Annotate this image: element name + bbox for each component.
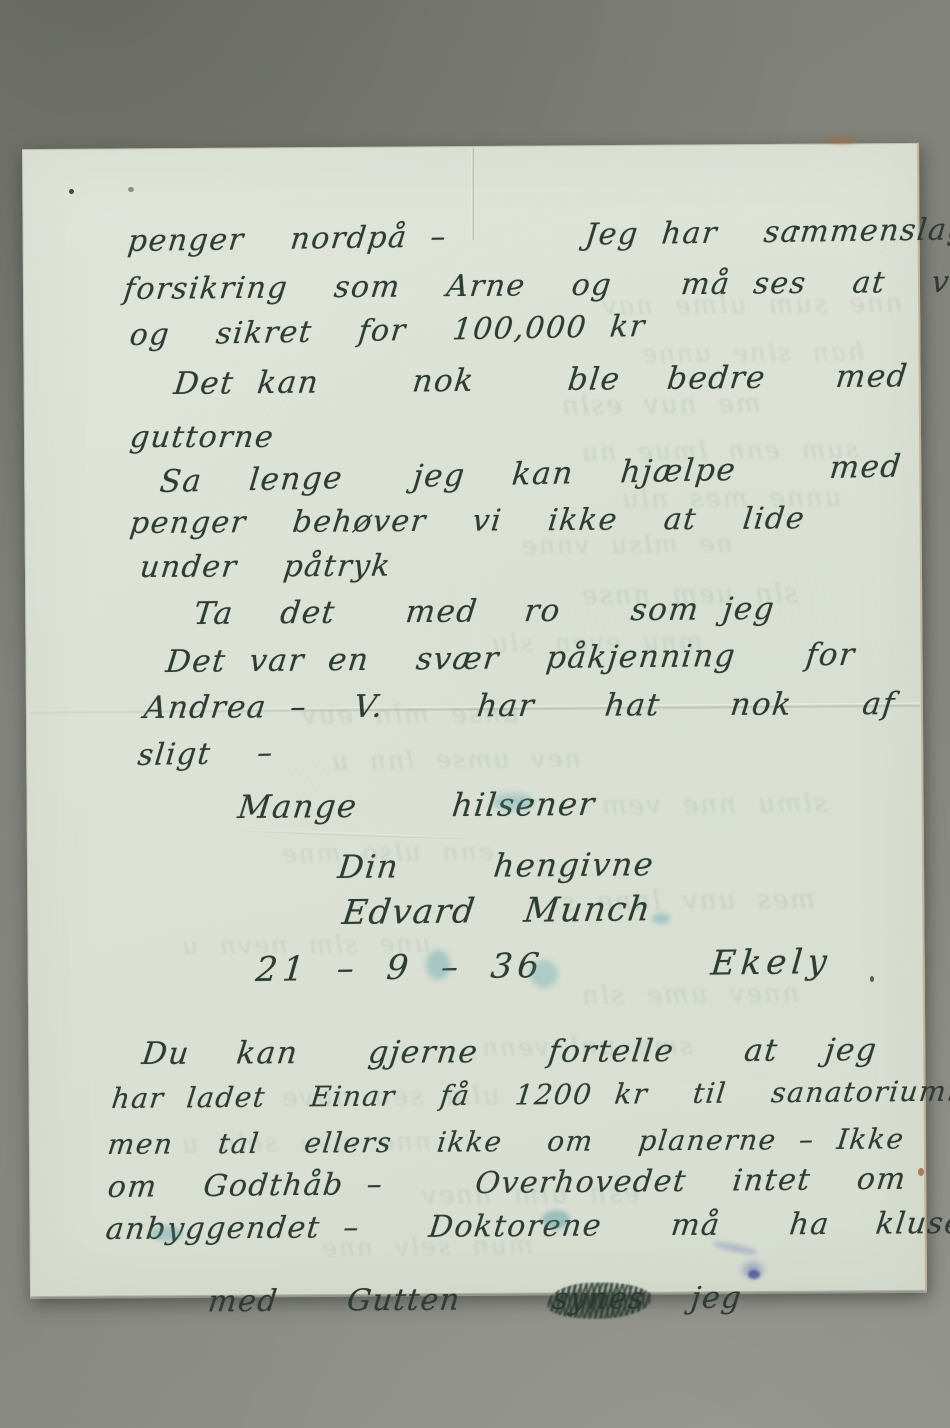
pinhole bbox=[69, 189, 74, 194]
handwriting-line-2: forsikring som Arne og må ses at vor bbox=[122, 264, 950, 307]
pinhole-dent bbox=[128, 187, 134, 192]
postscript-tail-after: jeg bbox=[643, 1281, 744, 1317]
postscript-line-3: men tal ellers ikke om planerne – Ikke bbox=[106, 1122, 907, 1161]
teal-smudge-closing bbox=[492, 793, 534, 811]
handwriting-line-9: Ta det med ro som jeg bbox=[192, 591, 777, 632]
valediction: Din hengivne bbox=[336, 845, 657, 886]
ink-fleck bbox=[870, 976, 874, 982]
scribbled-out-word: synes bbox=[551, 1281, 647, 1317]
rust-dot bbox=[918, 1168, 924, 1176]
postscript-line-5: anbyggendet – Doktorene må ha kluset bbox=[104, 1206, 950, 1247]
edge-stain bbox=[820, 132, 864, 147]
teal-smudge-date-36 bbox=[530, 960, 558, 988]
teal-smudge-signature bbox=[652, 913, 670, 924]
postscript-line-1: Du kan gjerne fortelle at jeg bbox=[140, 1032, 879, 1072]
closing-line: Mange hilsener bbox=[236, 785, 598, 826]
blue-ink-smudge-core bbox=[748, 1270, 760, 1279]
photo-background: nne sum ulme nav han slne unne me nuv es… bbox=[0, 0, 950, 1428]
ink-fleck bbox=[530, 799, 534, 803]
handwriting-line-11: Andrea – V. har hat nok af bbox=[142, 686, 898, 726]
handwriting-line-10: Det var en svær påkjenning for bbox=[164, 637, 858, 680]
handwriting-line-5: guttorne bbox=[128, 420, 276, 455]
ink-fleck bbox=[796, 226, 800, 230]
handwriting-line-8: under påtryk bbox=[138, 549, 393, 585]
handwriting-line-12: sligt – bbox=[136, 736, 276, 773]
teal-smudge-postscript-2 bbox=[150, 1226, 182, 1241]
show-through-line: nev umse lnn u bbox=[330, 744, 581, 776]
postscript-tail-before: med Gutten bbox=[206, 1282, 555, 1319]
teal-smudge-date-9 bbox=[426, 950, 450, 980]
handwriting-line-7: penger behøver vi ikke at lide bbox=[128, 501, 807, 541]
postscript-line-6: med Gutten synes jeg bbox=[110, 1246, 748, 1355]
teal-smudge-postscript bbox=[542, 1210, 570, 1229]
show-through-line: slmu nne vem bbox=[600, 789, 828, 821]
signature: Edvard Munch bbox=[340, 889, 654, 933]
